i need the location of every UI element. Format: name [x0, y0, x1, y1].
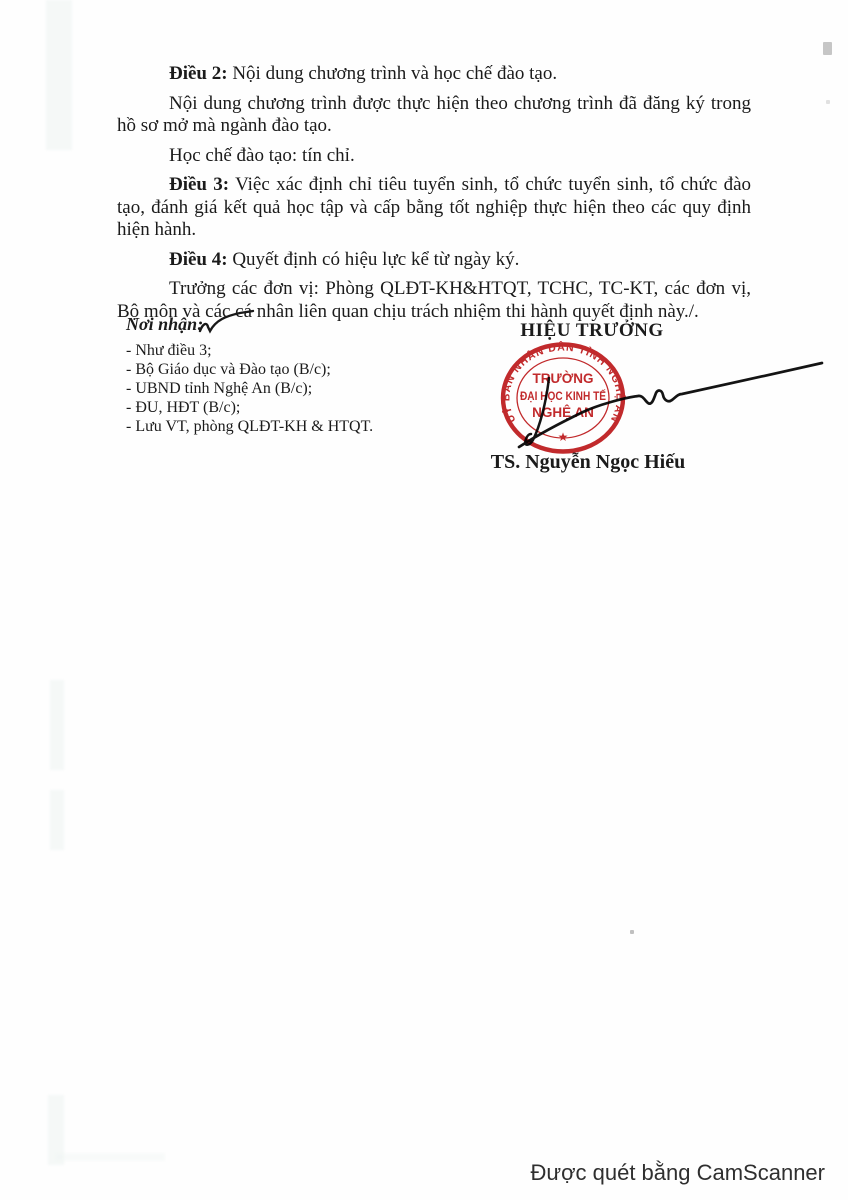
paragraph-dieu-3: Điều 3: Việc xác định chỉ tiêu tuyển sin…	[117, 174, 751, 242]
document-body: Điều 2: Nội dung chương trình và học chế…	[117, 63, 751, 330]
pen-tick-mark	[196, 309, 260, 339]
recipient-item: - UBND tỉnh Nghệ An (B/c);	[126, 379, 456, 398]
paragraph-noi-dung: Nội dung chương trình được thực hiện the…	[117, 93, 751, 138]
article-label: Điều 3:	[169, 174, 229, 195]
article-label: Điều 2:	[169, 63, 228, 84]
camscanner-watermark: Được quét bằng CamScanner	[530, 1160, 825, 1186]
recipients-block: Nơi nhận: - Như điều 3; - Bộ Giáo dục và…	[126, 314, 456, 436]
recipient-item: - Bộ Giáo dục và Đào tạo (B/c);	[126, 360, 456, 379]
scan-edge-artifact	[48, 1095, 64, 1165]
paragraph-hoc-che: Học chế đào tạo: tín chỉ.	[117, 145, 751, 168]
article-text: Nội dung chương trình và học chế đào tạo…	[228, 63, 558, 84]
signer-name: TS. Nguyễn Ngọc Hiếu	[468, 451, 708, 474]
scan-speck	[823, 42, 832, 55]
scan-edge-artifact	[50, 790, 64, 850]
scanned-document-page: Điều 2: Nội dung chương trình và học chế…	[0, 0, 848, 1200]
article-text: Nội dung chương trình được thực hiện the…	[117, 93, 751, 137]
recipients-title: Nơi nhận:	[126, 314, 456, 335]
article-text: Quyết định có hiệu lực kể từ ngày ký.	[228, 249, 520, 270]
scan-edge-artifact	[50, 680, 64, 770]
scan-speck	[630, 930, 634, 934]
article-text: Học chế đào tạo: tín chỉ.	[169, 145, 355, 166]
article-label: Điều 4:	[169, 249, 228, 270]
paragraph-dieu-4: Điều 4: Quyết định có hiệu lực kể từ ngà…	[117, 249, 751, 272]
signer-title: HIỆU TRƯỞNG	[492, 320, 692, 342]
recipient-item: - ĐU, HĐT (B/c);	[126, 398, 456, 417]
recipient-item: - Như điều 3;	[126, 341, 456, 360]
scan-edge-artifact	[55, 1153, 165, 1161]
paragraph-dieu-2: Điều 2: Nội dung chương trình và học chế…	[117, 63, 751, 86]
handwritten-signature	[488, 348, 838, 458]
scan-speck	[826, 100, 830, 104]
scan-edge-artifact	[46, 0, 72, 150]
recipient-item: - Lưu VT, phòng QLĐT-KH & HTQT.	[126, 417, 456, 436]
